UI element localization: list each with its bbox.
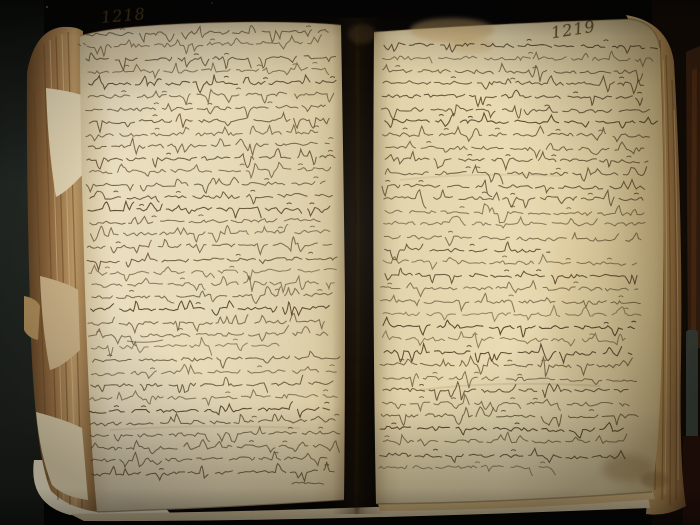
dust-speck — [46, 6, 48, 8]
table-edge-strip — [686, 330, 698, 442]
left-page-number: 1218 — [100, 4, 146, 27]
book-scene — [0, 0, 700, 525]
manuscript-photograph: 1218 1219 — [0, 0, 700, 525]
dust-speck — [211, 2, 213, 4]
gutter-shadow — [332, 18, 388, 514]
torn-page-flap — [24, 296, 40, 340]
